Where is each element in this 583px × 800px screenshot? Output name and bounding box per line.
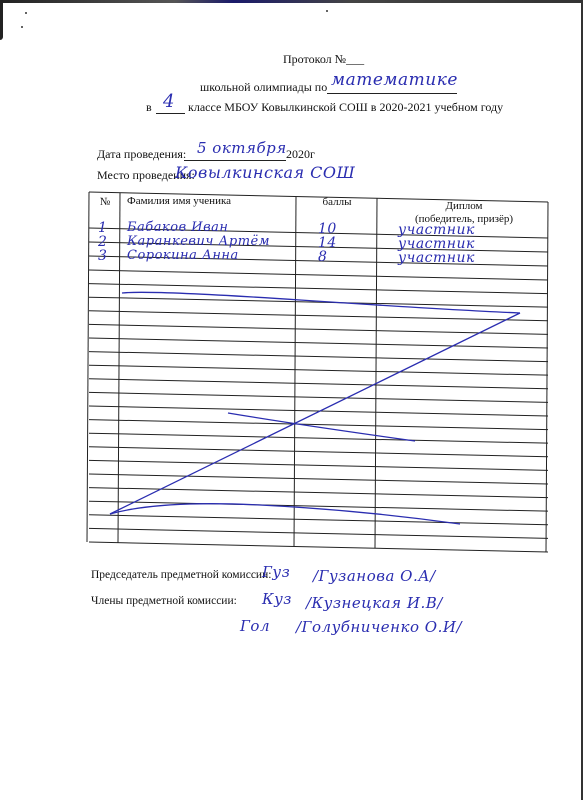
table-row-line — [89, 433, 548, 443]
table-row-line — [89, 338, 548, 348]
member-signature: Куз — [262, 590, 292, 608]
table-header-name: Фамилия имя ученика — [127, 195, 231, 207]
row-score: 8 — [318, 249, 327, 265]
table-row-line — [89, 460, 548, 470]
members-label: Члены предметной комиссии: — [91, 595, 237, 607]
table-row-line — [89, 542, 548, 552]
table-row-line — [89, 474, 548, 484]
table-row-line — [89, 392, 548, 402]
table-row-line — [89, 528, 548, 538]
table-right-border — [546, 202, 548, 552]
table-left-border — [87, 192, 89, 542]
member-name: /Голубниченко О.И/ — [296, 618, 462, 636]
strikeout-bottom-stroke — [110, 504, 460, 524]
row-student-name: Каранкевич Артём — [127, 234, 270, 249]
table-row-line — [89, 297, 548, 307]
table-row-line — [89, 420, 548, 430]
column-divider — [375, 198, 377, 548]
table-header-number: № — [91, 196, 119, 209]
member-signature: Гол — [240, 617, 270, 635]
table-header-diploma-title: Диплом — [380, 200, 548, 213]
chair-signature: Гуз — [262, 563, 290, 581]
table-row-line — [89, 447, 548, 457]
row-student-name: Бабаков Иван — [127, 220, 229, 235]
table-row-line — [89, 515, 548, 525]
column-divider — [118, 193, 120, 543]
column-divider — [294, 197, 296, 547]
chair-name: /Гузанова О.А/ — [313, 567, 436, 585]
table-header-score: баллы — [298, 196, 376, 209]
table-row-line — [89, 379, 548, 389]
chair-label: Председатель предметной комиссии: — [91, 569, 271, 581]
table-row-line — [89, 311, 548, 321]
results-table-grid — [0, 0, 583, 800]
table-row-line — [89, 365, 548, 375]
table-row-line — [89, 488, 548, 498]
row-number: 3 — [98, 248, 107, 264]
row-student-name: Сорокина Анна — [127, 248, 239, 263]
member-name: /Кузнецкая И.В/ — [306, 594, 443, 612]
row-diploma: участник — [398, 250, 475, 266]
table-row-line — [89, 352, 548, 362]
table-row-line — [89, 270, 548, 280]
table-row-line — [89, 406, 548, 416]
